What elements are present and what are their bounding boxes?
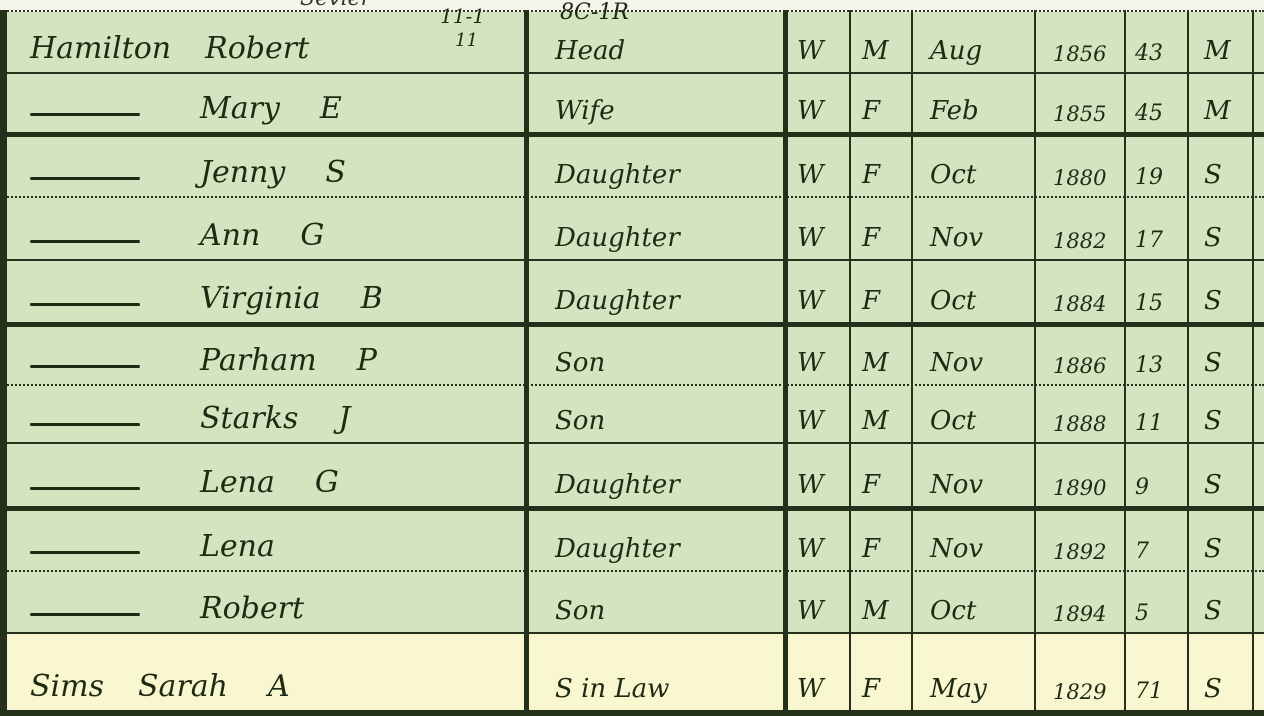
sex-cell: F <box>850 632 912 710</box>
row-divider <box>0 259 1264 261</box>
name-cell: Starks J <box>0 384 525 442</box>
ditto-dash <box>30 551 140 554</box>
color-cell: W <box>785 506 850 570</box>
given-name: Sarah <box>138 669 228 704</box>
sex-cell: F <box>850 132 912 196</box>
given-name: Starks <box>200 401 298 436</box>
relation-cell: Son <box>525 570 785 632</box>
row-divider <box>0 196 1264 198</box>
ditto-dash <box>30 423 140 426</box>
census-row: Ann G Daughter W F Nov 1882 17 S <box>0 196 1264 259</box>
marital-status-cell: S <box>1188 322 1250 384</box>
birth-month-cell: Oct <box>912 384 1035 442</box>
relation-cell: Son <box>525 322 785 384</box>
ditto-dash <box>30 613 140 616</box>
name-cell: Parham P <box>0 322 525 384</box>
marital-status-cell: S <box>1188 506 1250 570</box>
name-cell: Virginia B <box>0 259 525 322</box>
row-divider <box>0 570 1264 572</box>
ditto-dash <box>30 240 140 243</box>
middle-initial: G <box>300 218 324 253</box>
birth-month-cell: Oct <box>912 132 1035 196</box>
sex-cell: M <box>850 322 912 384</box>
relation-cell: Daughter <box>525 506 785 570</box>
name-cell: Sims Sarah A <box>0 632 525 710</box>
marital-status-cell: S <box>1188 384 1250 442</box>
color-cell: W <box>785 442 850 506</box>
birth-year-cell: 1884 <box>1035 259 1125 322</box>
birth-month-cell: Nov <box>912 196 1035 259</box>
name-cell: Mary E <box>0 72 525 132</box>
census-sheet: Sevier Hamilton Robert Head W M Aug 1856… <box>0 0 1264 716</box>
marital-status-cell: S <box>1188 196 1250 259</box>
given-name: Parham <box>200 343 317 378</box>
left-border-rule <box>0 10 7 716</box>
census-row: Parham P Son W M Nov 1886 13 S <box>0 322 1264 384</box>
column-rule-relation-color <box>783 10 788 716</box>
middle-initial: A <box>268 669 290 704</box>
column-rule-month-year <box>1034 10 1036 716</box>
dwelling-family-note-sub: 11 <box>455 30 478 51</box>
relation-cell: Daughter <box>525 442 785 506</box>
color-cell: W <box>785 12 850 72</box>
age-cell: 7 <box>1125 506 1188 570</box>
marital-status-cell: S <box>1188 442 1250 506</box>
marital-status-cell: S <box>1188 570 1250 632</box>
sex-cell: F <box>850 259 912 322</box>
given-name: Virginia <box>200 281 321 316</box>
given-name: Robert <box>200 591 304 626</box>
age-cell: 71 <box>1125 632 1188 710</box>
ditto-dash <box>30 487 140 490</box>
birth-month-cell: Aug <box>912 12 1035 72</box>
birth-year-cell: 1880 <box>1035 132 1125 196</box>
sex-cell: F <box>850 196 912 259</box>
row-divider <box>0 132 1264 137</box>
given-name: Robert <box>205 31 309 66</box>
color-cell: W <box>785 384 850 442</box>
ditto-dash <box>30 177 140 180</box>
census-row: Robert Son W M Oct 1894 5 S <box>0 570 1264 632</box>
color-cell: W <box>785 570 850 632</box>
marital-status-cell: S <box>1188 632 1250 710</box>
ditto-dash <box>30 303 140 306</box>
relation-cell: Daughter <box>525 132 785 196</box>
previous-row-strip: Sevier <box>0 0 1264 12</box>
given-name: Lena <box>200 529 275 564</box>
name-cell: Robert <box>0 570 525 632</box>
given-name: Jenny <box>200 155 285 190</box>
surname: Hamilton <box>30 31 171 66</box>
birth-year-cell: 1882 <box>1035 196 1125 259</box>
given-name: Mary <box>200 91 280 126</box>
relation-cell: Daughter <box>525 259 785 322</box>
given-name: Ann <box>200 218 260 253</box>
marital-status-cell: S <box>1188 259 1250 322</box>
sex-cell: F <box>850 442 912 506</box>
age-cell: 45 <box>1125 72 1188 132</box>
middle-initial: B <box>361 281 383 316</box>
age-cell: 13 <box>1125 322 1188 384</box>
middle-initial: P <box>357 343 377 378</box>
middle-initial: J <box>338 401 350 436</box>
relation-cell: S in Law <box>525 632 785 710</box>
birth-month-cell: Oct <box>912 570 1035 632</box>
previous-row-partial-text: Sevier <box>300 0 371 11</box>
census-row: Starks J Son W M Oct 1888 11 S <box>0 384 1264 442</box>
birth-year-cell: 1890 <box>1035 442 1125 506</box>
birth-year-cell: 1855 <box>1035 72 1125 132</box>
age-cell: 5 <box>1125 570 1188 632</box>
row-divider <box>0 322 1264 327</box>
sex-cell: F <box>850 506 912 570</box>
birth-month-cell: Nov <box>912 322 1035 384</box>
age-cell: 15 <box>1125 259 1188 322</box>
middle-initial: S <box>325 155 346 190</box>
dwelling-family-note: 11-1 <box>440 4 485 28</box>
birth-year-cell: 1886 <box>1035 322 1125 384</box>
census-row: Lena Daughter W F Nov 1892 7 S <box>0 506 1264 570</box>
sex-cell: F <box>850 72 912 132</box>
age-cell: 19 <box>1125 132 1188 196</box>
census-row: Sims Sarah A S in Law W F May 1829 71 S <box>0 632 1264 710</box>
age-cell: 11 <box>1125 384 1188 442</box>
birth-month-cell: Nov <box>912 506 1035 570</box>
color-cell: W <box>785 132 850 196</box>
birth-month-cell: May <box>912 632 1035 710</box>
census-row: Virginia B Daughter W F Oct 1884 15 S <box>0 259 1264 322</box>
ditto-dash <box>30 113 140 116</box>
given-name: Lena <box>200 465 275 500</box>
birth-year-cell: 1892 <box>1035 506 1125 570</box>
birth-month-cell: Nov <box>912 442 1035 506</box>
column-rule-name-relation <box>524 10 529 716</box>
column-rule-year-age <box>1124 10 1126 716</box>
relation-cell: Son <box>525 384 785 442</box>
color-cell: W <box>785 196 850 259</box>
column-rule-age-marital <box>1187 10 1189 716</box>
age-cell: 9 <box>1125 442 1188 506</box>
row-divider <box>0 506 1264 511</box>
name-cell: Ann G <box>0 196 525 259</box>
color-cell: W <box>785 259 850 322</box>
relation-cell: Wife <box>525 72 785 132</box>
census-row: Mary E Wife W F Feb 1855 45 M <box>0 72 1264 132</box>
middle-initial: E <box>320 91 342 126</box>
bottom-rule <box>0 710 1264 716</box>
census-row: Hamilton Robert Head W M Aug 1856 43 M <box>0 12 1264 72</box>
sex-cell: M <box>850 570 912 632</box>
birth-year-cell: 1894 <box>1035 570 1125 632</box>
column-rule-color-sex <box>849 10 851 716</box>
relation-cell: Daughter <box>525 196 785 259</box>
home-tenure-note: 8C-1R <box>560 0 629 25</box>
color-cell: W <box>785 632 850 710</box>
birth-month-cell: Feb <box>912 72 1035 132</box>
marital-status-cell: M <box>1188 72 1250 132</box>
birth-year-cell: 1856 <box>1035 12 1125 72</box>
row-divider <box>0 632 1264 634</box>
age-cell: 17 <box>1125 196 1188 259</box>
row-divider <box>0 72 1264 74</box>
color-cell: W <box>785 72 850 132</box>
marital-status-cell: M <box>1188 12 1250 72</box>
birth-month-cell: Oct <box>912 259 1035 322</box>
sex-cell: M <box>850 384 912 442</box>
column-rule-sex-month <box>911 10 913 716</box>
surname: Sims <box>30 669 104 704</box>
name-cell: Jenny S <box>0 132 525 196</box>
marital-status-cell: S <box>1188 132 1250 196</box>
census-row: Lena G Daughter W F Nov 1890 9 S <box>0 442 1264 506</box>
age-cell: 43 <box>1125 12 1188 72</box>
ditto-dash <box>30 365 140 368</box>
sex-cell: M <box>850 12 912 72</box>
name-cell: Lena G <box>0 442 525 506</box>
row-divider <box>0 442 1264 444</box>
birth-year-cell: 1888 <box>1035 384 1125 442</box>
color-cell: W <box>785 322 850 384</box>
name-cell: Lena <box>0 506 525 570</box>
column-rule-right <box>1252 10 1254 716</box>
row-divider <box>0 384 1264 386</box>
middle-initial: G <box>315 465 339 500</box>
census-row: Jenny S Daughter W F Oct 1880 19 S <box>0 132 1264 196</box>
birth-year-cell: 1829 <box>1035 632 1125 710</box>
